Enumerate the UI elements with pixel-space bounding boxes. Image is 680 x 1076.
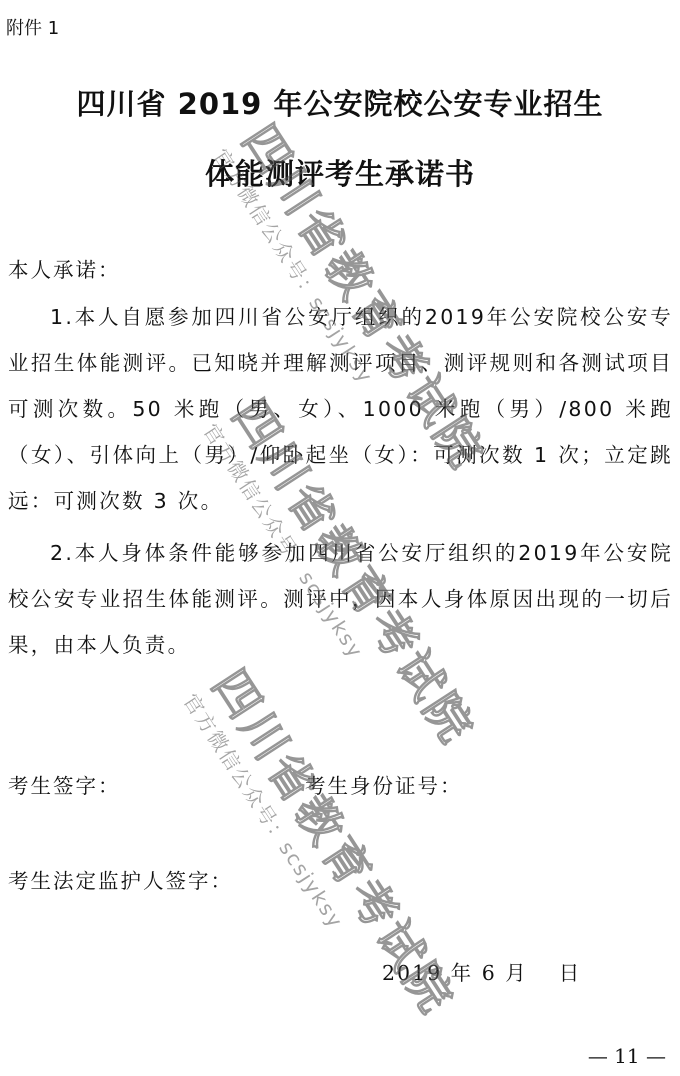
document-title-line-2: 体能测评考生承诺书: [0, 152, 680, 193]
candidate-id-label: 考生身份证号：: [305, 763, 463, 809]
guardian-signature-label: 考生法定监护人签字：: [8, 858, 233, 904]
pledge-paragraph-2: 2.本人身体条件能够参加四川省公安厅组织的2019年公安院校公安专业招生体能测评…: [8, 530, 673, 668]
pledge-intro: 本人承诺：: [8, 247, 121, 293]
pledge-paragraph-1: 1.本人自愿参加四川省公安厅组织的2019年公安院校公安专业招生体能测评。已知晓…: [8, 294, 673, 524]
page-number: — 11 —: [588, 1044, 666, 1068]
attachment-label: 附件 1: [6, 14, 59, 40]
candidate-signature-label: 考生签字：: [8, 763, 121, 809]
document-page: 附件 1 四川省 2019 年公安院校公安专业招生 体能测评考生承诺书 本人承诺…: [0, 0, 680, 1076]
document-title-line-1: 四川省 2019 年公安院校公安专业招生: [0, 82, 680, 123]
date-line: 2019 年 6 月 日: [382, 950, 581, 996]
